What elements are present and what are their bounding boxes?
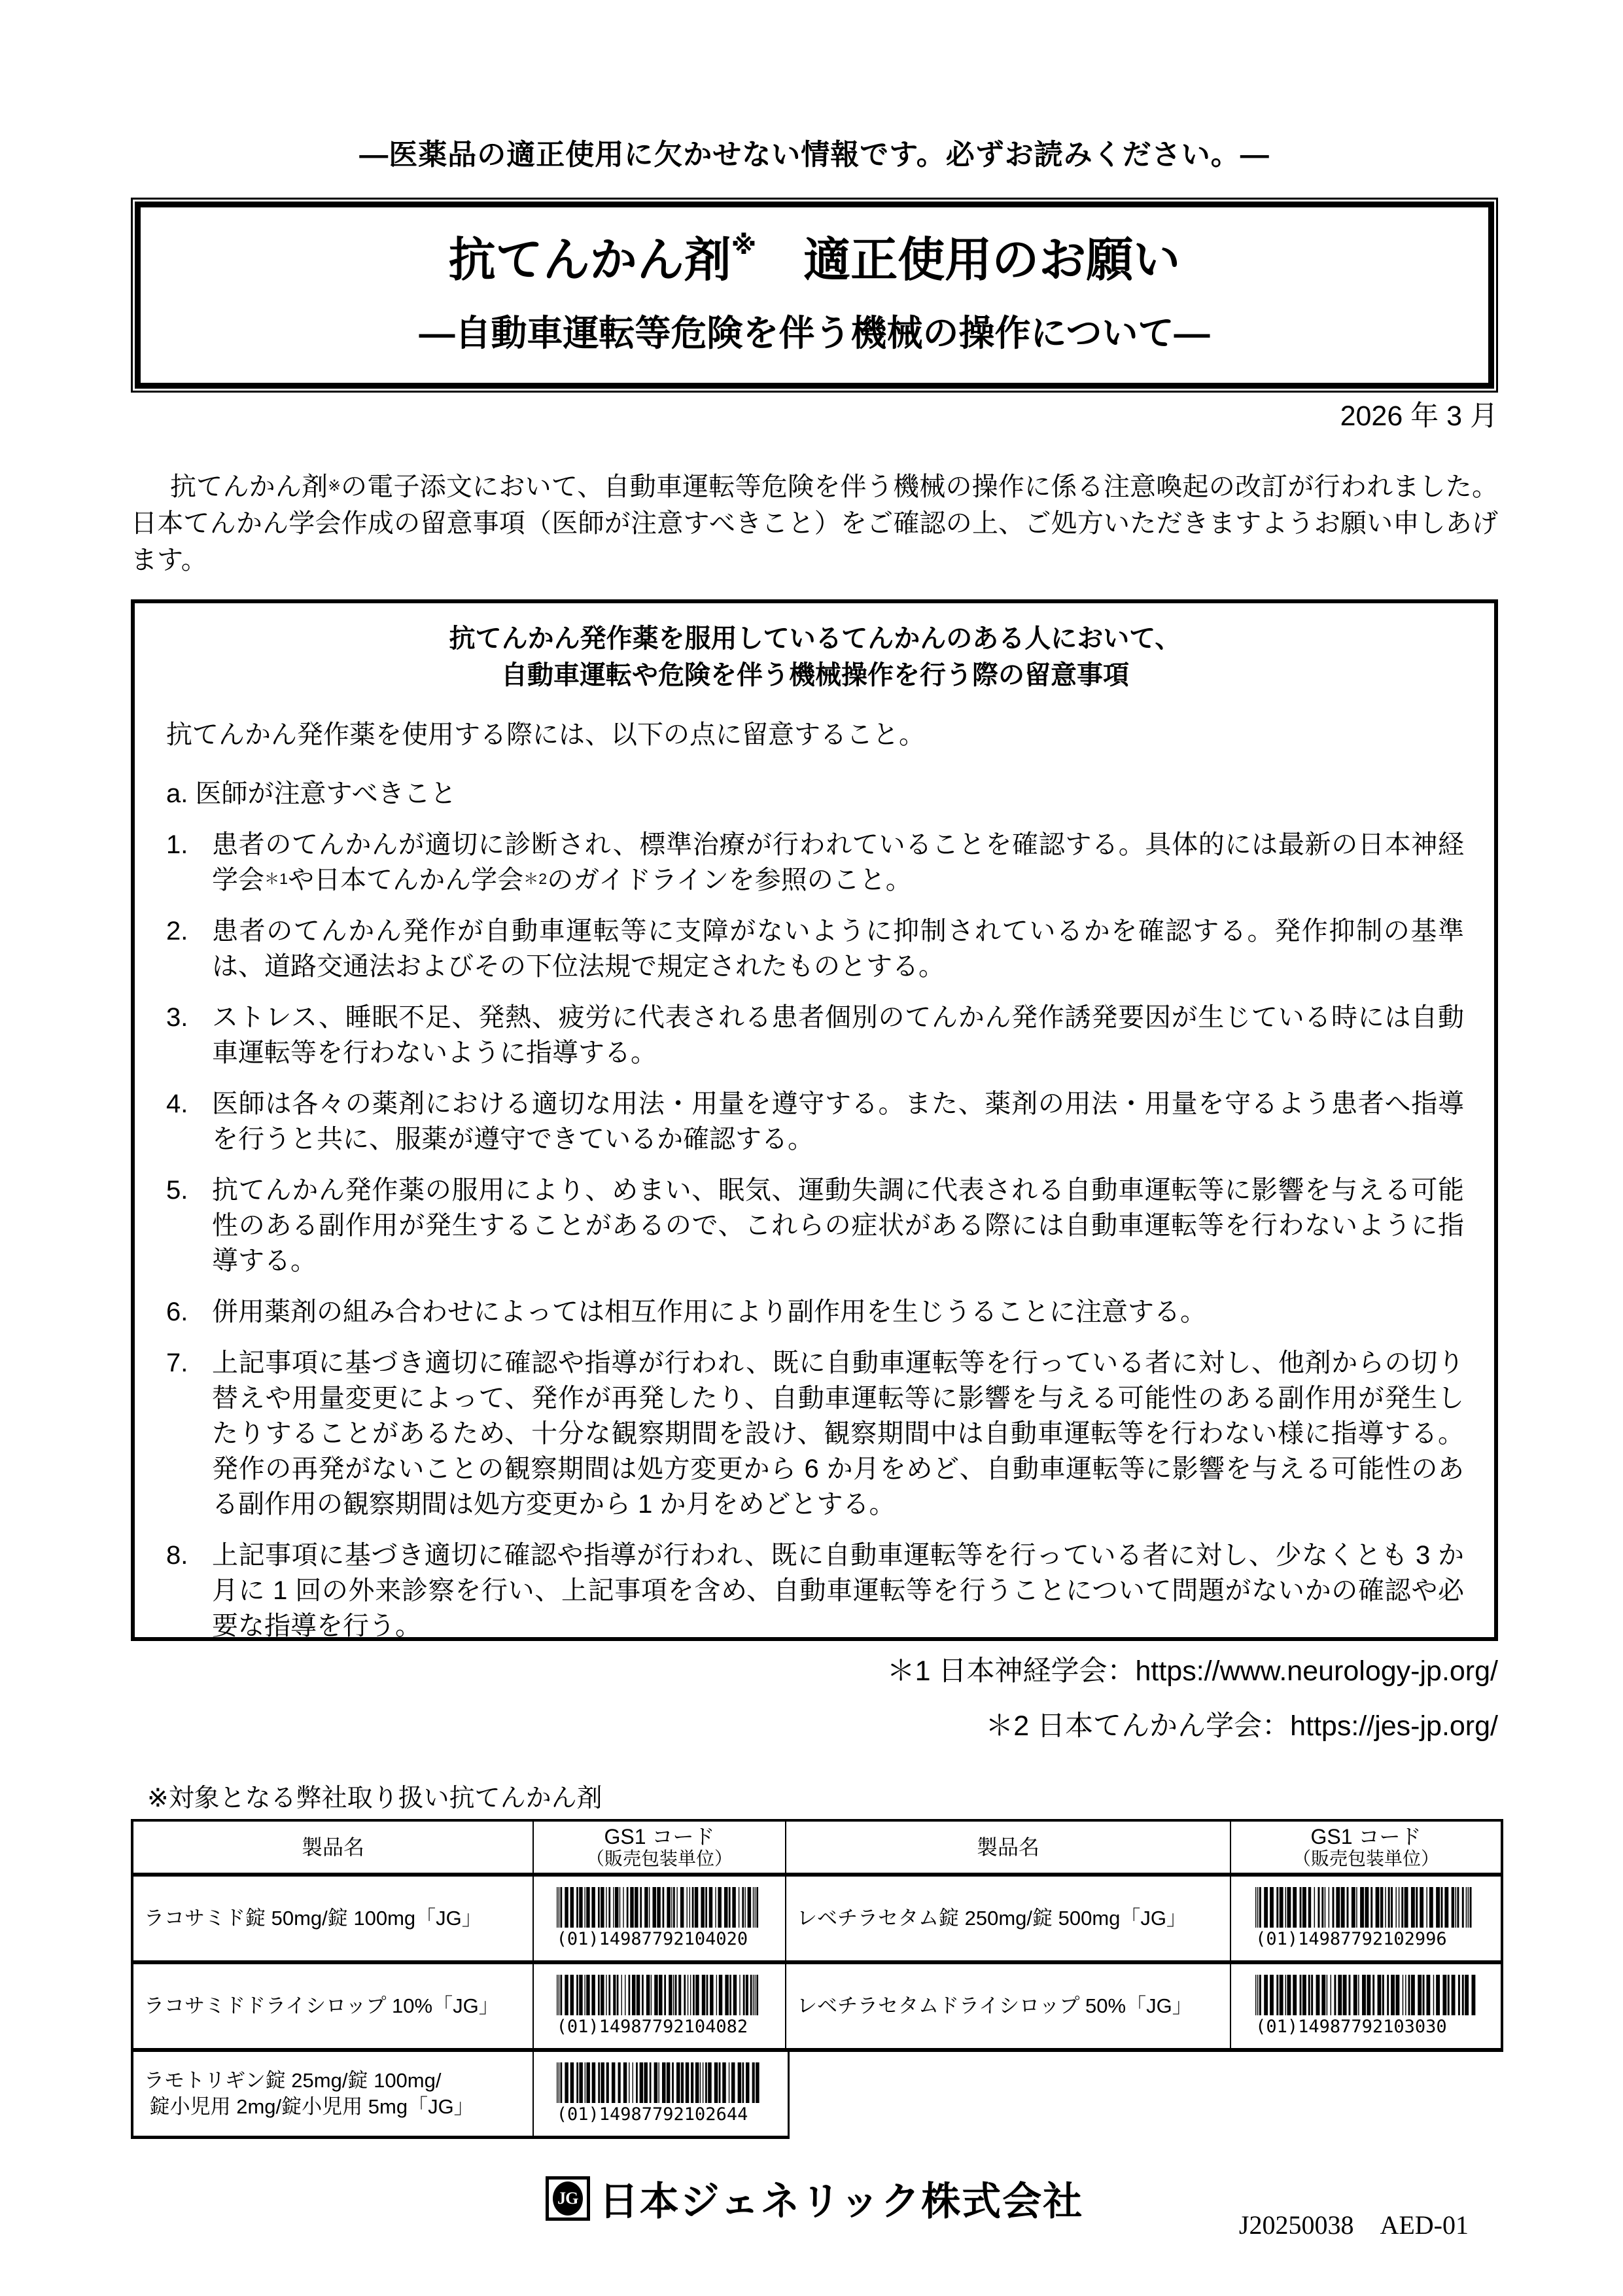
header-product-name-left: 製品名 [133,1822,534,1873]
item-text: ストレス、睡眠不足、発熱、疲労に代表される患者個別のてんかん発作誘発要因が生じて… [212,1000,1464,1070]
products-table: 製品名 GS1 コード （販売包装単位） 製品名 GS1 コード （販売包装単位… [131,1819,1503,2052]
intro-paragraph: 抗てんかん剤※の電子添文において、自動車運転等危険を伴う機械の操作に係る注意喚起… [131,468,1498,578]
item-number: 3. [166,1000,212,1070]
document-number: J20250038 AED-01 [1239,2204,1469,2242]
header-product-name-right: 製品名 [786,1822,1231,1873]
notice-item-6: 6. 併用薬剤の組み合わせによっては相互作用により副作用を生じうることに注意する… [166,1294,1464,1330]
table-row: ラコサミドドライシロップ 10%「JG」 (01)14987792104082 … [133,1964,1501,2052]
gs1-cell: (01)14987792102644 [534,2052,786,2136]
notice-box: 抗てんかん発作薬を服用しているてんかんのある人において、 自動車運転や危険を伴う… [131,599,1498,1641]
jg-logo-icon: JG [546,2176,590,2221]
notice-item-4: 4. 医師は各々の薬剤における適切な用法・用量を遵守する。また、薬剤の用法・用量… [166,1086,1464,1157]
barcode-image [557,2062,764,2103]
item-number: 6. [166,1294,212,1330]
gs1-cell: (01)14987792102996 [1231,1877,1501,1960]
notice-item-3: 3. ストレス、睡眠不足、発熱、疲労に代表される患者個別のてんかん発作誘発要因が… [166,1000,1464,1070]
title-box-inner: 抗てんかん剤※ 適正使用のお願い ―自動車運転等危険を伴う機械の操作について― [135,202,1494,389]
product-name: レベチラセタムドライシロップ 50%「JG」 [786,1964,1231,2048]
barcode-image [1255,1887,1476,1928]
document-page: ―医薬品の適正使用に欠かせない情報です。必ずお読みください。― 抗てんかん剤※ … [0,0,1623,2296]
item-number: 8. [166,1538,212,1641]
company-name: 日本ジェネリック株式会社 [599,2170,1083,2227]
notice-item-2: 2. 患者のてんかん発作が自動車運転等に支障がないように抑制されているかを確認す… [166,913,1464,984]
item-text: 医師は各々の薬剤における適切な用法・用量を遵守する。また、薬剤の用法・用量を守る… [212,1086,1464,1157]
document-title: 抗てんかん剤※ 適正使用のお願い [141,236,1488,286]
item-text: 抗てんかん発作薬の服用により、めまい、眠気、運動失調に代表される自動車運転等に影… [212,1173,1464,1279]
notice-heading-line1: 抗てんかん発作薬を服用しているてんかんのある人において、 [166,620,1464,657]
header-gs1-left: GS1 コード （販売包装単位） [534,1822,786,1873]
gs1-code: (01)14987792103030 [1255,2017,1476,2038]
products-section: ※対象となる弊社取り扱い抗てんかん剤 製品名 GS1 コード （販売包装単位） … [131,1784,1498,2139]
item-number: 5. [166,1173,212,1279]
product-name: ラコサミドドライシロップ 10%「JG」 [133,1964,534,2048]
product-name: レベチラセタム錠 250mg/錠 500mg「JG」 [786,1877,1231,1960]
gs1-code: (01)14987792104082 [557,2017,763,2038]
item-text: 併用薬剤の組み合わせによっては相互作用により副作用を生じうることに注意する。 [212,1294,1464,1330]
document-subtitle: ―自動車運転等危険を伴う機械の操作について― [141,315,1488,353]
title-box: 抗てんかん剤※ 適正使用のお願い ―自動車運転等危険を伴う機械の操作について― [131,198,1498,393]
table-row: ラコサミド錠 50mg/錠 100mg「JG」 (01)149877921040… [133,1877,1501,1964]
item-number: 7. [166,1345,212,1522]
gs1-code: (01)14987792102996 [1255,1929,1476,1950]
barcode-image [557,1887,763,1928]
barcode-image [557,1975,763,2015]
issue-date: 2026 年 3 月 [131,400,1498,432]
item-number: 2. [166,913,212,984]
notice-item-5: 5. 抗てんかん発作薬の服用により、めまい、眠気、運動失調に代表される自動車運転… [166,1173,1464,1279]
footnote-neurology: ＊1 日本神経学会：https://www.neurology-jp.org/ [131,1655,1498,1687]
footnote-jes: ＊2 日本てんかん学会：https://jes-jp.org/ [131,1710,1498,1742]
item-text: 上記事項に基づき適切に確認や指導が行われ、既に自動車運転等を行っている者に対し、… [212,1538,1464,1641]
product-name: ラモトリギン錠 25mg/錠 100mg/ 錠小児用 2mg/錠小児用 5mg「… [133,2052,534,2136]
footer: JG 日本ジェネリック株式会社 J20250038 AED-01 [131,2170,1498,2242]
header-gs1-right: GS1 コード （販売包装単位） [1231,1822,1501,1873]
product-name: ラコサミド錠 50mg/錠 100mg「JG」 [133,1877,534,1960]
notice-item-1: 1. 患者のてんかんが適切に診断され、標準治療が行われていることを確認する。具体… [166,827,1464,898]
notice-item-7: 7. 上記事項に基づき適切に確認や指導が行われ、既に自動車運転等を行っている者に… [166,1345,1464,1522]
notice-lead: 抗てんかん発作薬を使用する際には、以下の点に留意すること。 [166,717,1464,752]
barcode-image [1255,1975,1476,2015]
item-number: 1. [166,827,212,898]
table-row: ラモトリギン錠 25mg/錠 100mg/ 錠小児用 2mg/錠小児用 5mg「… [133,2052,788,2136]
item-number: 4. [166,1086,212,1157]
gs1-cell: (01)14987792103030 [1231,1964,1501,2048]
gs1-code: (01)14987792102644 [557,2104,764,2125]
gs1-code: (01)14987792104020 [557,1929,763,1950]
table-header-row: 製品名 GS1 コード （販売包装単位） 製品名 GS1 コード （販売包装単位… [133,1822,1501,1877]
item-text: 患者のてんかんが適切に診断され、標準治療が行われていることを確認する。具体的には… [212,827,1464,898]
item-text: 上記事項に基づき適切に確認や指導が行われ、既に自動車運転等を行っている者に対し、… [212,1345,1464,1522]
notice-item-8: 8. 上記事項に基づき適切に確認や指導が行われ、既に自動車運転等を行っている者に… [166,1538,1464,1641]
products-table-caption: ※対象となる弊社取り扱い抗てんかん剤 [147,1784,1498,1814]
notice-section-label: a. 医師が注意すべきこと [166,776,1464,811]
header-note: ―医薬品の適正使用に欠かせない情報です。必ずお読みください。― [131,0,1498,171]
gs1-cell: (01)14987792104082 [534,1964,786,2048]
notice-box-heading: 抗てんかん発作薬を服用しているてんかんのある人において、 自動車運転や危険を伴う… [166,620,1464,694]
notice-heading-line2: 自動車運転や危険を伴う機械操作を行う際の留意事項 [166,657,1464,694]
item-text: 患者のてんかん発作が自動車運転等に支障がないように抑制されているかを確認する。発… [212,913,1464,984]
gs1-cell: (01)14987792104020 [534,1877,786,1960]
products-table-last-row: ラモトリギン錠 25mg/錠 100mg/ 錠小児用 2mg/錠小児用 5mg「… [131,2052,790,2139]
